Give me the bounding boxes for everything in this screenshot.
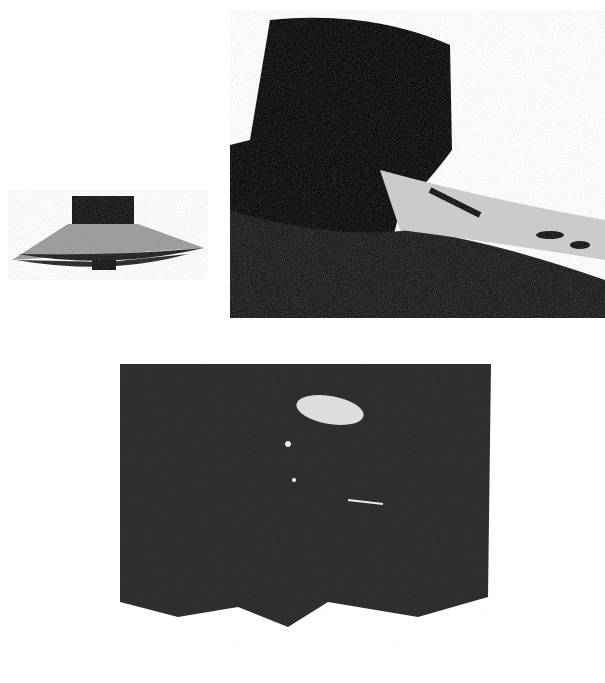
photo-saucer-night-sky xyxy=(118,362,493,662)
photo-saucer-small xyxy=(8,190,208,280)
saucer-small-image xyxy=(8,190,208,280)
photo-saucer-closeup xyxy=(230,10,605,318)
saucer-night-sky-image xyxy=(118,362,493,662)
saucer-closeup-image xyxy=(230,10,605,318)
